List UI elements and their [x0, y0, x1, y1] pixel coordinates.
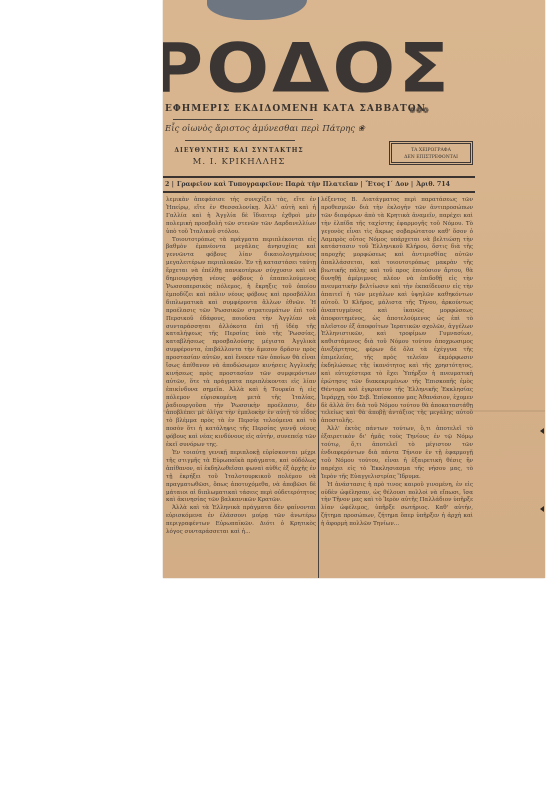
- masthead-subtitle: ΕΦΗΜΕΡΙΣ ΕΚΔΙΔΟΜΕΝΗ ΚΑΤΑ ΣΑΒΒΑΤΟΝ: [165, 104, 426, 114]
- paragraph: Ἀλλ' ἐκτὸς πάντων τούτων, ὅ,τι ἀποτελεῖ …: [321, 426, 473, 481]
- motto: Εἷς οἰωνὸς ἄριστος ἀμύνεσθαι περὶ Πάτρης…: [165, 124, 365, 134]
- notice-line: ΔΕΝ ΕΠΙΣΤΡΕΦΟΝΤΑΙ: [392, 154, 470, 161]
- info-bar: 2 | Γραφεῖον καὶ Τυπογραφεῖον: Παρὰ τὴν …: [165, 181, 477, 188]
- edge-mark: [540, 428, 544, 434]
- paragraph: Ἐν τοιαύτῃ γενικῇ περιπλοκῇ εὑρίσκονται …: [166, 450, 316, 505]
- editor-role: ΔΙΕΥΘΥΝΤΗΣ ΚΑΙ ΣΥΝΤΑΚΤΗΣ: [163, 147, 315, 154]
- divider: [163, 176, 475, 178]
- year: Ἔτος Ι΄ Δον |: [366, 181, 414, 188]
- divider: [163, 191, 475, 193]
- issue-number: Ἀριθ. 714: [416, 181, 450, 188]
- notice-line: ΤΑ ΧΕΙΡΟΓΡΑΦΑ: [392, 147, 470, 154]
- office-address: Γραφεῖον καὶ Τυπογραφεῖον: Παρὰ τὴν Πλατ…: [177, 181, 363, 188]
- ornament-icon: ❁❁❁: [409, 106, 429, 115]
- editor-name: Μ. Ι. ΚΡΙΚΗΛΛΗΣ: [163, 157, 315, 167]
- article-column-left: λεμικὰν ἀπεφάσισε τὴς συνεχίζει τὰς, εἴτ…: [166, 197, 316, 537]
- masthead-title: ΡΟΔΟΣ: [163, 40, 529, 97]
- edge-mark: [540, 506, 544, 512]
- page-number: 2 |: [165, 181, 174, 188]
- paragraph: Ἀλλὰ καὶ τὰ Ἑλληνικὰ πράγματα δὲν φαίνον…: [166, 505, 316, 537]
- paragraph: λέξεντος Β. Διατάγματος περὶ παρατάσεως …: [321, 197, 473, 426]
- article-column-right: λέξεντος Β. Διατάγματος περὶ παρατάσεως …: [321, 197, 473, 529]
- paragraph: Τοιουτοτρόπως τὰ πράγματα περιπλέκονται …: [166, 237, 316, 450]
- paragraph: λεμικὰν ἀπεφάσισε τὴς συνεχίζει τὰς, εἴτ…: [166, 197, 316, 237]
- divider: [185, 140, 295, 141]
- divider: [173, 119, 313, 120]
- torn-corner: [207, 0, 307, 20]
- paragraph: Ἡ ἀνάστασις ἡ πρὸ τινος καιροῦ γινομένη,…: [321, 482, 473, 529]
- newspaper-page: ΡΟΔΟΣ ΕΦΗΜΕΡΙΣ ΕΚΔΙΔΟΜΕΝΗ ΚΑΤΑ ΣΑΒΒΑΤΟΝ …: [163, 0, 545, 578]
- column-divider: [318, 197, 319, 578]
- manuscripts-notice-box: ΤΑ ΧΕΙΡΟΓΡΑΦΑ ΔΕΝ ΕΠΙΣΤΡΕΦΟΝΤΑΙ: [391, 143, 471, 163]
